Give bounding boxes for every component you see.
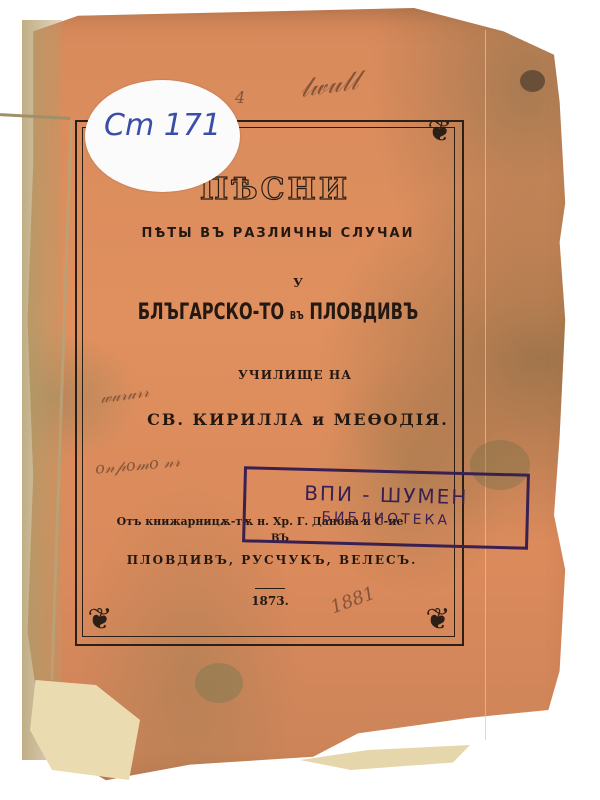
stain xyxy=(195,663,243,703)
school-line: УЧИЛИЩЕ НА xyxy=(0,368,595,382)
saints-line: СВ. КИРИЛЛА и МЕѲОДІЯ. xyxy=(0,410,598,429)
fold-line xyxy=(485,30,486,740)
school-name-part2: ПЛОВДИВЪ xyxy=(309,300,418,325)
corner-ornament-icon: ❦ xyxy=(420,112,460,152)
spine-edge xyxy=(22,20,62,760)
handwritten-number: 4 xyxy=(235,88,245,107)
school-name: БЛЪГАРСКО-ТО ВЪ ПЛОВДИВЪ xyxy=(32,300,524,325)
preposition: У xyxy=(0,276,598,290)
catalog-label: Cm 171 xyxy=(85,80,240,192)
stain xyxy=(520,70,545,92)
school-name-connector: ВЪ xyxy=(290,309,304,322)
book-subtitle: ПѢТЫ ВЪ РАЗЛИЧНЫ СЛУЧАИ xyxy=(0,226,578,241)
publication-year: 1873. xyxy=(0,594,570,608)
stamp-line-2: БИБЛИОТЕКА xyxy=(246,507,526,530)
library-stamp: ВПИ - ШУМЕН БИБЛИОТЕКА xyxy=(242,466,530,549)
catalog-label-text: Cm 171 xyxy=(85,108,240,143)
stamp-line-1: ВПИ - ШУМЕН xyxy=(246,479,527,510)
book-title: ПѢСНИ xyxy=(0,172,575,207)
divider xyxy=(255,588,285,589)
publisher-cities: ПЛОВДИВЪ, РУСЧУКЪ, ВЕЛЕСЪ. xyxy=(0,553,572,567)
school-name-part1: БЛЪГАРСКО-ТО xyxy=(138,300,284,325)
